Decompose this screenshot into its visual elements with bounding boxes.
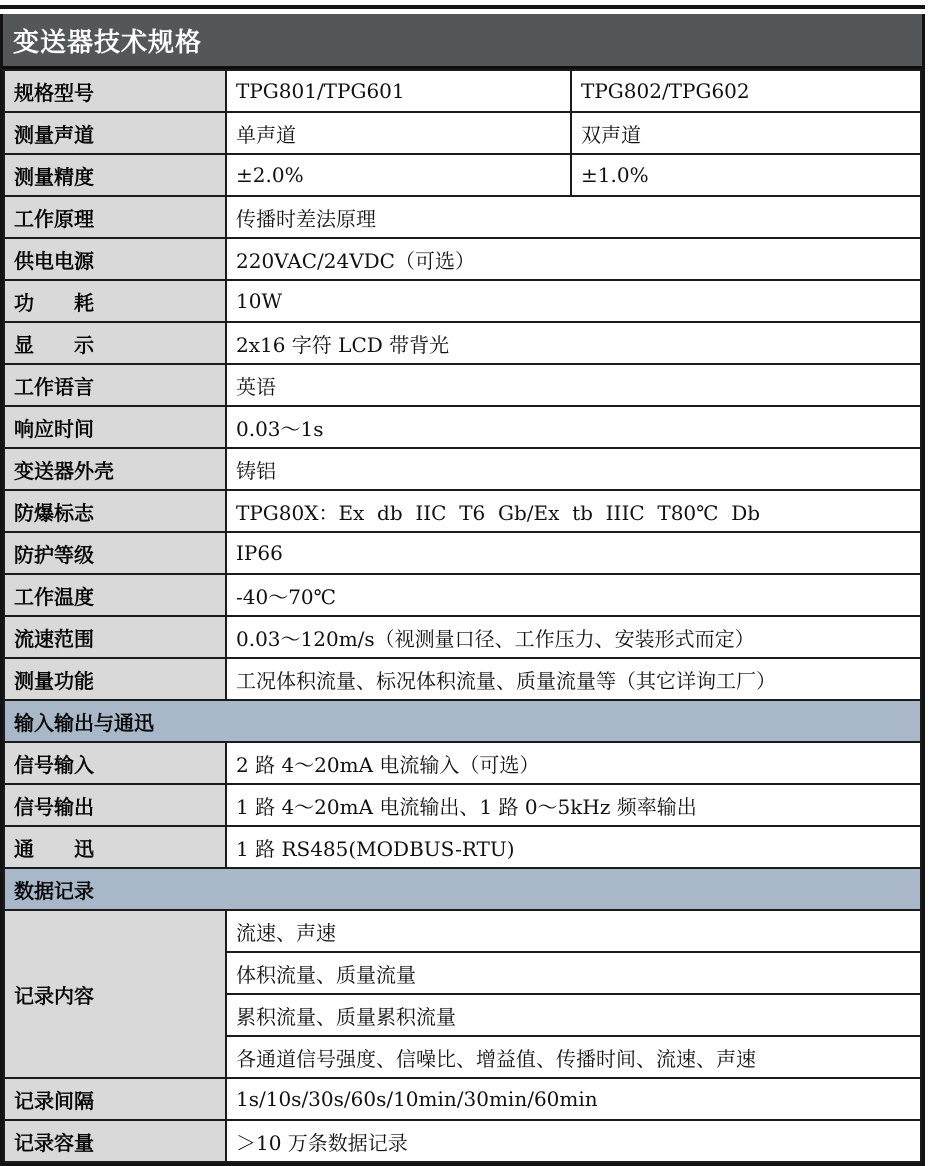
row-value-col2: TPG802/TPG602 xyxy=(571,70,921,112)
table-row: 规格型号 TPG801/TPG601 TPG802/TPG602 xyxy=(4,70,921,112)
row-value: IP66 xyxy=(226,532,921,574)
row-label: 工作温度 xyxy=(4,574,226,616)
table-row: 工作语言 英语 xyxy=(4,364,921,406)
row-label: 显 示 xyxy=(4,322,226,364)
row-value: 1 路 4～20mA 电流输出、1 路 0～5kHz 频率输出 xyxy=(226,784,921,826)
row-value: 2 路 4～20mA 电流输入（可选） xyxy=(226,742,921,784)
table-frame: 变送器技术规格 规格型号 TPG801/TPG601 TPG802/TPG602… xyxy=(0,14,925,1166)
table-row: 功 耗 10W xyxy=(4,280,921,322)
row-value: 传播时差法原理 xyxy=(226,196,921,238)
row-value: 英语 xyxy=(226,364,921,406)
row-value: 工况体积流量、标况体积流量、质量流量等（其它详询工厂） xyxy=(226,658,921,700)
page-title: 变送器技术规格 xyxy=(3,14,922,69)
row-value: TPG80X：Ex db IIC T6 Gb/Ex tb IIIC T80℃ D… xyxy=(226,490,921,532)
row-value-col1: TPG801/TPG601 xyxy=(226,70,571,112)
row-label: 工作原理 xyxy=(4,196,226,238)
row-label: 信号输入 xyxy=(4,742,226,784)
row-value-col2: 双声道 xyxy=(571,112,921,154)
table-row: 工作温度 -40～70℃ xyxy=(4,574,921,616)
row-label: 测量精度 xyxy=(4,154,226,196)
row-label: 记录间隔 xyxy=(4,1078,226,1120)
row-label: 测量声道 xyxy=(4,112,226,154)
row-value: 铸铝 xyxy=(226,448,921,490)
table-row: 通 迅 1 路 RS485(MODBUS-RTU) xyxy=(4,826,921,868)
row-value: 1 路 RS485(MODBUS-RTU) xyxy=(226,826,921,868)
section-row-record: 数据记录 xyxy=(4,868,921,910)
row-value: -40～70℃ xyxy=(226,574,921,616)
row-value-col1: ±2.0% xyxy=(226,154,571,196)
row-value: 0.03～120m/s（视测量口径、工作压力、安装形式而定） xyxy=(226,616,921,658)
row-label: 规格型号 xyxy=(4,70,226,112)
record-content-item: 流速、声速 xyxy=(226,910,921,952)
table-row: 测量声道 单声道 双声道 xyxy=(4,112,921,154)
row-value: ＞10 万条数据记录 xyxy=(226,1120,921,1162)
row-label: 功 耗 xyxy=(4,280,226,322)
table-row: 测量精度 ±2.0% ±1.0% xyxy=(4,154,921,196)
row-value: 2x16 字符 LCD 带背光 xyxy=(226,322,921,364)
row-label: 通 迅 xyxy=(4,826,226,868)
section-row-io: 输入输出与通迅 xyxy=(4,700,921,742)
record-content-item: 各通道信号强度、信噪比、增益值、传播时间、流速、声速 xyxy=(226,1036,921,1078)
record-content-item: 累积流量、质量累积流量 xyxy=(226,994,921,1036)
table-row: 测量功能 工况体积流量、标况体积流量、质量流量等（其它详询工厂） xyxy=(4,658,921,700)
spec-table: 规格型号 TPG801/TPG601 TPG802/TPG602 测量声道 单声… xyxy=(3,69,922,1163)
row-value-col2: ±1.0% xyxy=(571,154,921,196)
row-value: 220VAC/24VDC（可选） xyxy=(226,238,921,280)
row-label: 信号输出 xyxy=(4,784,226,826)
record-content-label: 记录内容 xyxy=(4,910,226,1078)
table-row: 记录内容 流速、声速 xyxy=(4,910,921,952)
table-row: 信号输出 1 路 4～20mA 电流输出、1 路 0～5kHz 频率输出 xyxy=(4,784,921,826)
table-row: 记录容量 ＞10 万条数据记录 xyxy=(4,1120,921,1162)
section-header-io: 输入输出与通迅 xyxy=(4,700,921,742)
top-rule xyxy=(0,5,925,9)
row-value: 0.03～1s xyxy=(226,406,921,448)
row-label: 防护等级 xyxy=(4,532,226,574)
table-row: 显 示 2x16 字符 LCD 带背光 xyxy=(4,322,921,364)
row-label: 测量功能 xyxy=(4,658,226,700)
row-label: 工作语言 xyxy=(4,364,226,406)
table-row: 变送器外壳 铸铝 xyxy=(4,448,921,490)
table-row: 工作原理 传播时差法原理 xyxy=(4,196,921,238)
row-label: 变送器外壳 xyxy=(4,448,226,490)
table-row: 供电电源 220VAC/24VDC（可选） xyxy=(4,238,921,280)
record-content-item: 体积流量、质量流量 xyxy=(226,952,921,994)
row-value: 10W xyxy=(226,280,921,322)
table-row: 响应时间 0.03～1s xyxy=(4,406,921,448)
row-value: 1s/10s/30s/60s/10min/30min/60min xyxy=(226,1078,921,1120)
row-label: 记录容量 xyxy=(4,1120,226,1162)
section-header-record: 数据记录 xyxy=(4,868,921,910)
table-row: 流速范围 0.03～120m/s（视测量口径、工作压力、安装形式而定） xyxy=(4,616,921,658)
row-label: 供电电源 xyxy=(4,238,226,280)
table-row: 防爆标志 TPG80X：Ex db IIC T6 Gb/Ex tb IIIC T… xyxy=(4,490,921,532)
table-row: 防护等级 IP66 xyxy=(4,532,921,574)
row-label: 响应时间 xyxy=(4,406,226,448)
row-label: 防爆标志 xyxy=(4,490,226,532)
table-row: 信号输入 2 路 4～20mA 电流输入（可选） xyxy=(4,742,921,784)
row-value-col1: 单声道 xyxy=(226,112,571,154)
row-label: 流速范围 xyxy=(4,616,226,658)
table-row: 记录间隔 1s/10s/30s/60s/10min/30min/60min xyxy=(4,1078,921,1120)
spec-sheet: 变送器技术规格 规格型号 TPG801/TPG601 TPG802/TPG602… xyxy=(0,0,930,1166)
